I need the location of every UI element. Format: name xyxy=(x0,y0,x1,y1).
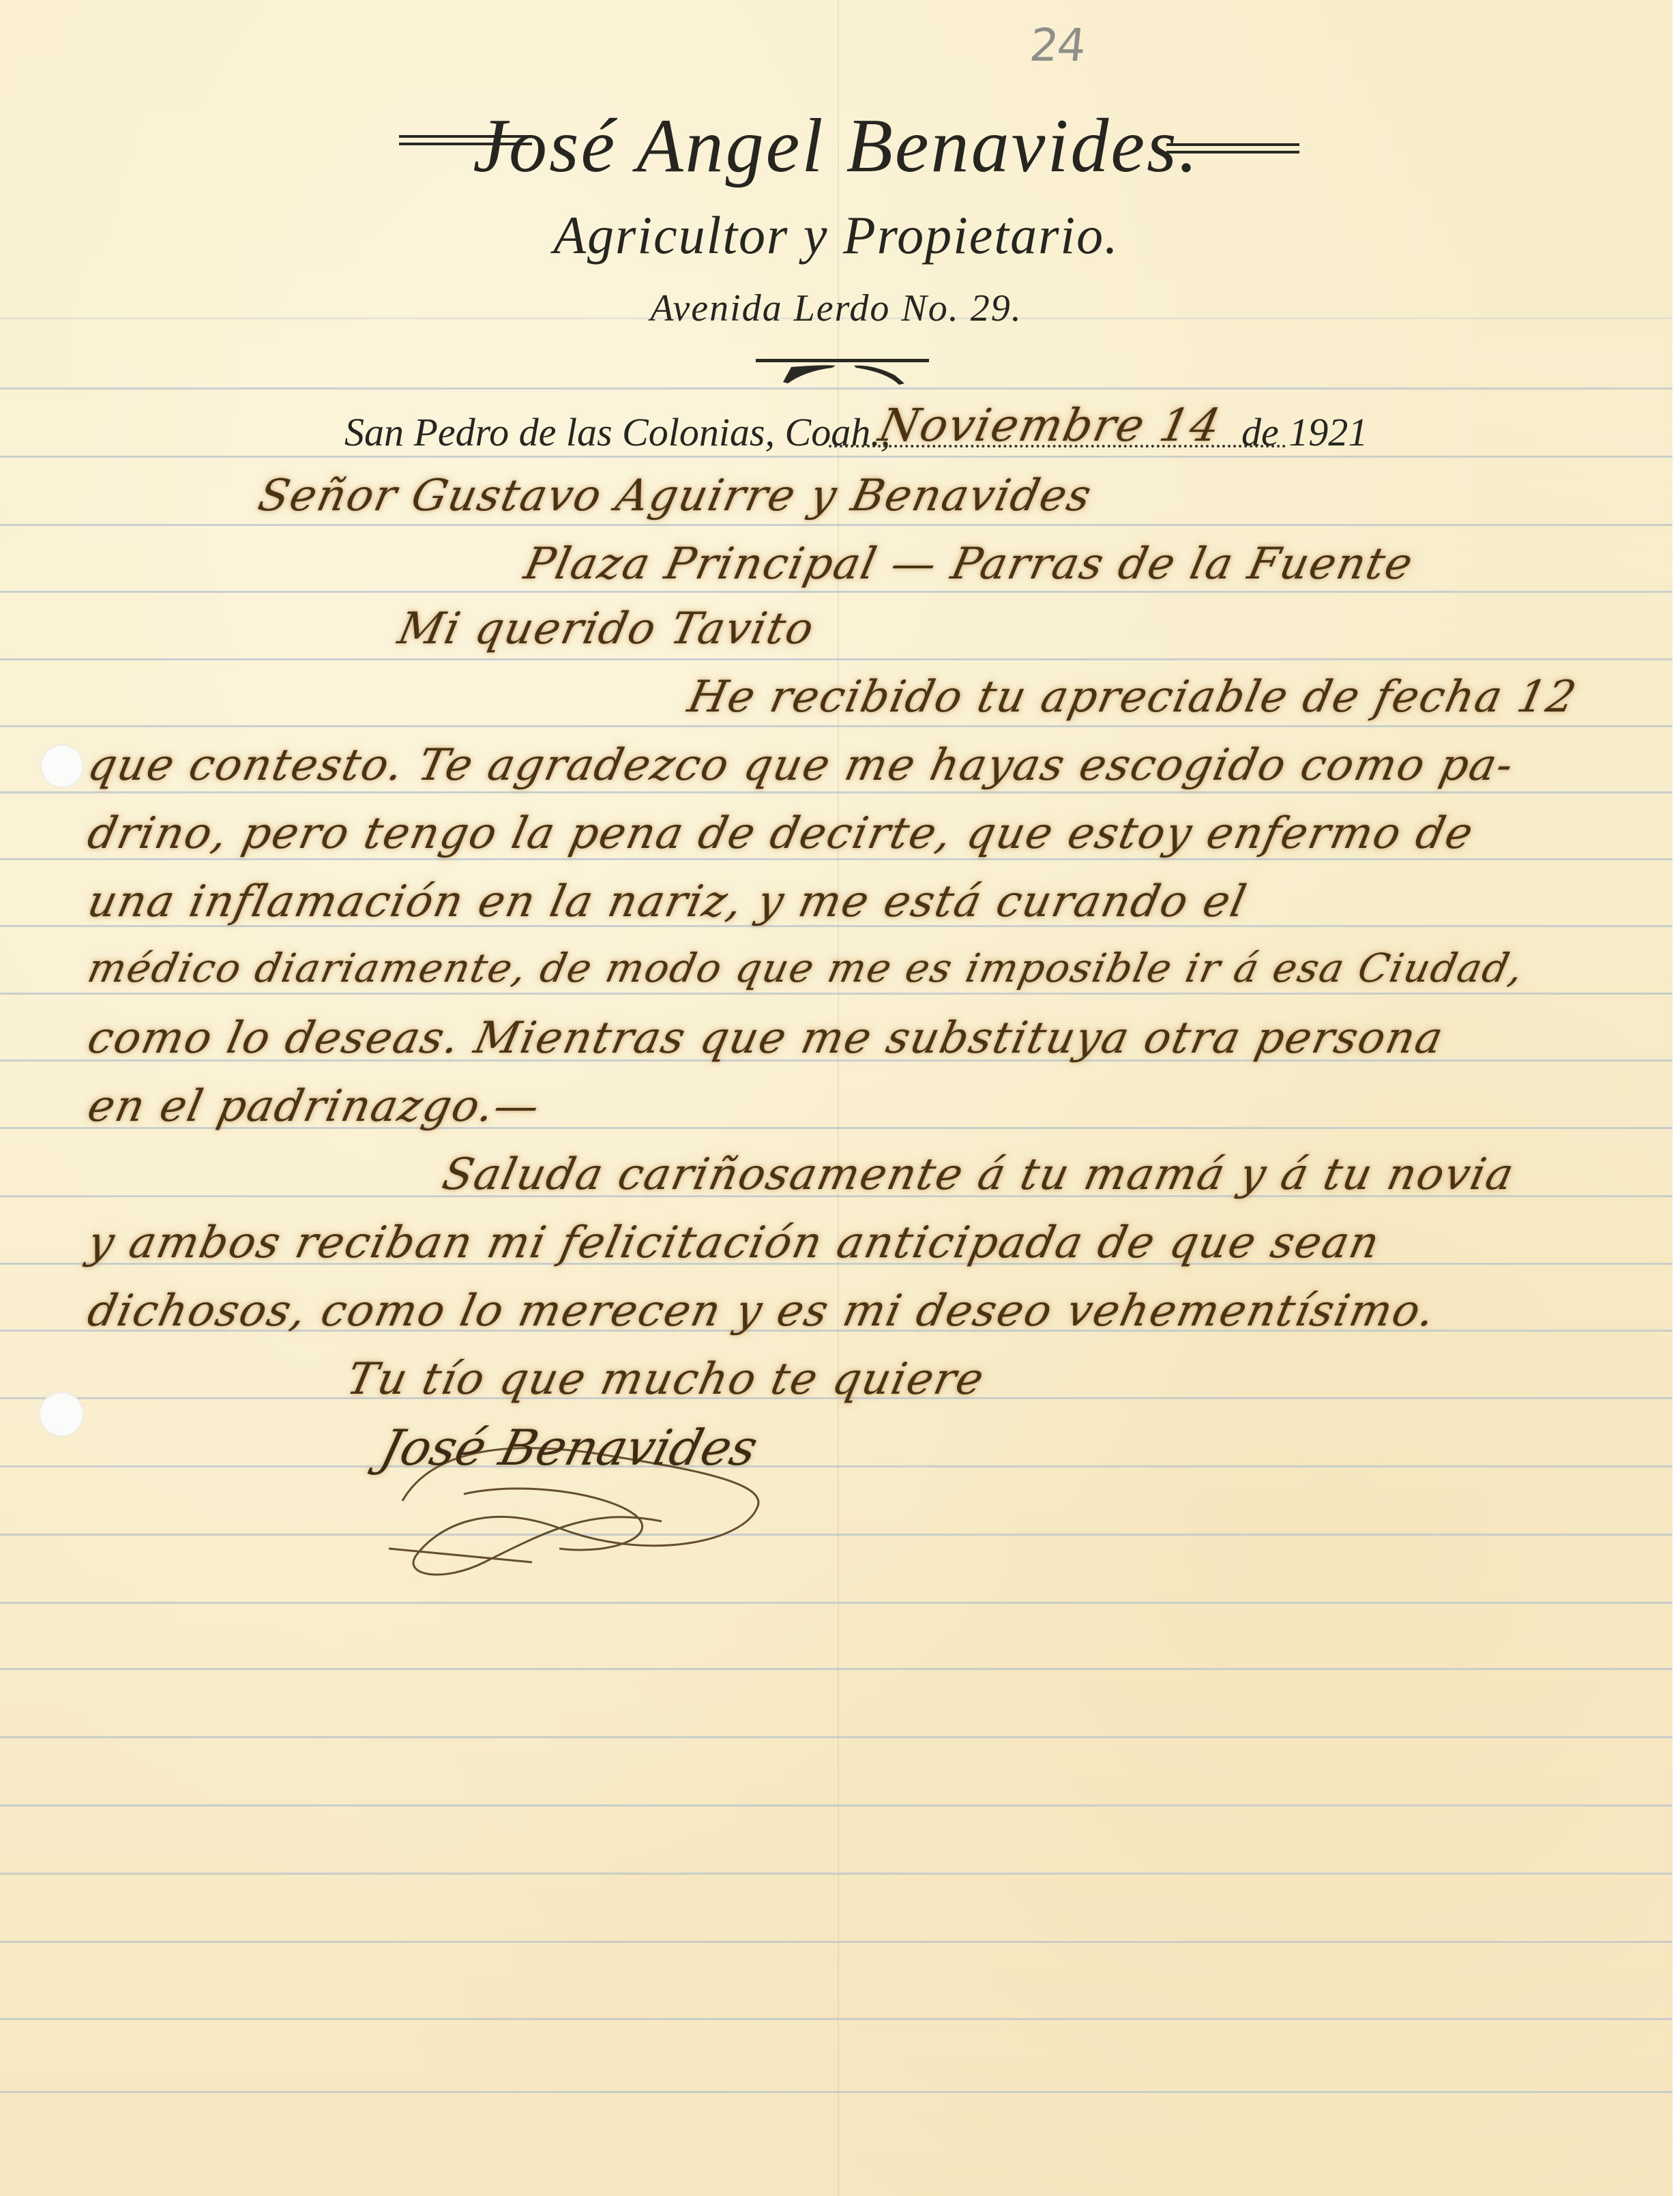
letter-page: 24 José Angel Benavides. Agricultor y Pr… xyxy=(0,0,1672,2196)
body-line: dichosos, como lo merecen y es mi deseo … xyxy=(83,1286,1441,1336)
ruled-line xyxy=(0,456,1672,458)
salutation: Mi querido Tavito xyxy=(394,604,819,654)
letterhead-address: Avenida Lerdo No. 29. xyxy=(0,287,1672,330)
scan-margin xyxy=(1672,0,1680,2196)
ruled-line xyxy=(0,2091,1672,2093)
letterhead-ornament xyxy=(750,355,934,396)
recipient-address: Plaza Principal — Parras de la Fuente xyxy=(520,539,1418,589)
ruled-line xyxy=(0,1804,1672,1806)
ruled-line xyxy=(0,1602,1672,1604)
recipient-name: Señor Gustavo Aguirre y Benavides xyxy=(254,471,1097,521)
letterhead-name: José Angel Benavides. xyxy=(0,102,1672,190)
ruled-line xyxy=(0,658,1672,660)
dateline-year: de 1921 xyxy=(1241,409,1368,455)
dateline-month-day: Noviembre 14 xyxy=(874,399,1226,452)
ruled-line xyxy=(0,2018,1672,2020)
letterhead-title: Agricultor y Propietario. xyxy=(0,205,1672,266)
body-line: Saluda cariñosamente á tu mamá y á tu no… xyxy=(438,1150,1519,1200)
body-line: una inflamación en la nariz, y me está c… xyxy=(83,877,1252,927)
body-line: drino, pero tengo la pena de decirte, qu… xyxy=(83,808,1478,859)
dateline-place: San Pedro de las Colonias, Coah., xyxy=(344,409,890,455)
hole-punch xyxy=(40,744,84,788)
body-line: médico diariamente, de modo que me es im… xyxy=(84,945,1529,991)
ruled-line xyxy=(0,1873,1672,1875)
body-line: y ambos reciban mi felicitación anticipa… xyxy=(83,1218,1385,1268)
signature: José Benavides xyxy=(375,1419,764,1476)
body-line: que contesto. Te agradezco que me hayas … xyxy=(83,740,1518,791)
ruled-line xyxy=(0,1668,1672,1670)
ruled-line xyxy=(0,725,1672,727)
ruled-line xyxy=(0,1736,1672,1738)
archive-number: 24 xyxy=(1027,19,1087,72)
ruled-line xyxy=(0,1465,1672,1467)
ruled-line xyxy=(0,791,1672,793)
body-line: en el padrinazgo.— xyxy=(83,1081,545,1132)
ruled-line xyxy=(0,1941,1672,1943)
ruled-line xyxy=(0,1534,1672,1536)
hole-punch xyxy=(39,1392,84,1437)
ruled-line xyxy=(0,591,1672,593)
body-line: He recibido tu apreciable de fecha 12 xyxy=(683,672,1582,722)
closing: Tu tío que mucho te quiere xyxy=(342,1354,989,1405)
body-line: como lo deseas. Mientras que me substitu… xyxy=(83,1013,1449,1064)
ruled-line xyxy=(0,993,1672,995)
ruled-line xyxy=(0,524,1672,526)
